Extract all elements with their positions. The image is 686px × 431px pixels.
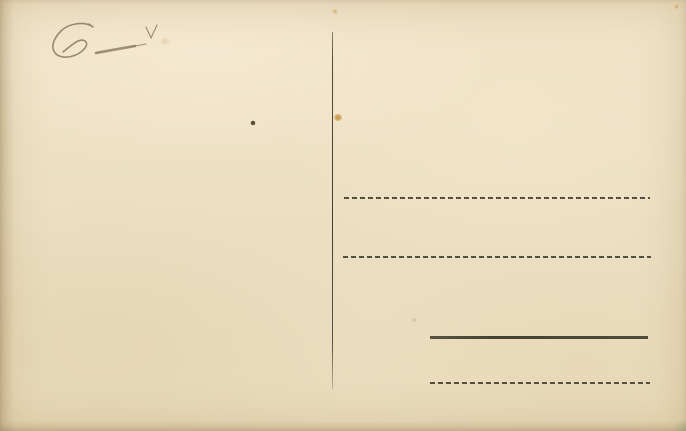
pencil-squiggle (53, 24, 93, 58)
paper-edge-shade-left (0, 0, 14, 431)
divider-line (332, 32, 333, 389)
pencil-check-mark (146, 25, 157, 38)
foxing-spot (674, 4, 679, 9)
address-line-2 (343, 256, 651, 258)
paper-edge-shade-bottom (0, 421, 686, 431)
pencil-handwriting (45, 16, 169, 66)
foxing-spot (332, 9, 338, 14)
address-line-3 (430, 336, 648, 339)
foxing-spot (412, 318, 417, 322)
address-line-1 (344, 197, 650, 199)
foxing-spot (334, 114, 342, 121)
corner-tint (672, 420, 686, 431)
postcard-back (0, 0, 686, 431)
address-line-4 (430, 382, 650, 384)
ink-dot (251, 121, 255, 125)
